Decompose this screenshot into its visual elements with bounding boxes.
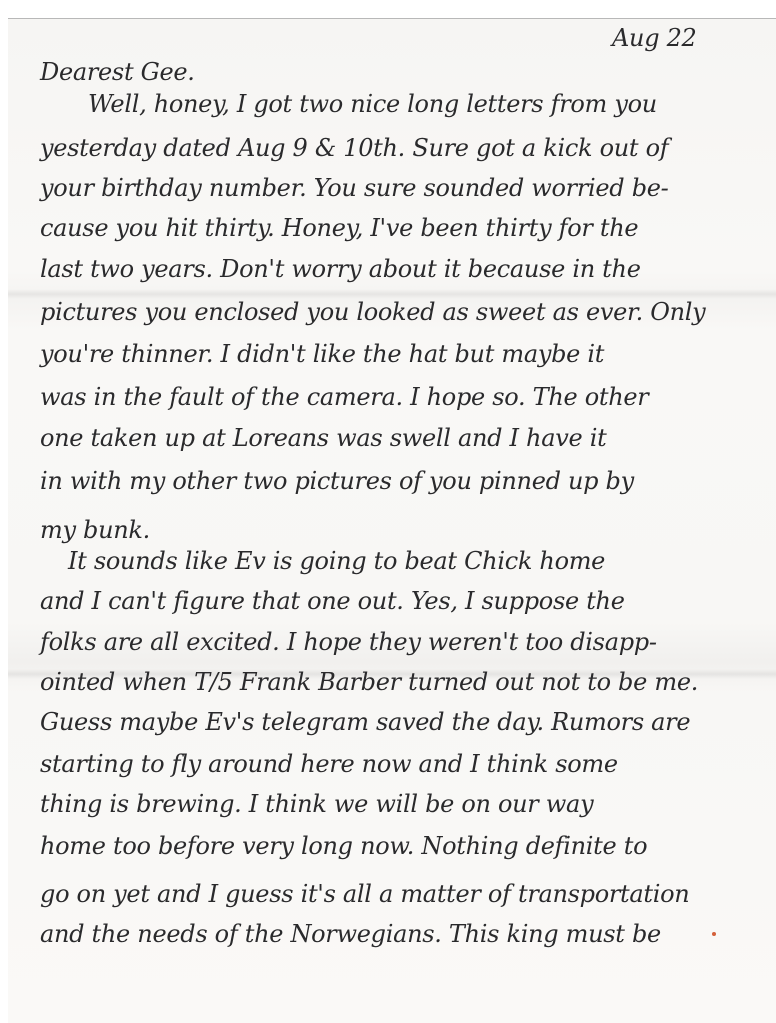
letter-line: pictures you enclosed you looked as swee… bbox=[40, 298, 705, 326]
letter-line: folks are all excited. I hope they weren… bbox=[40, 628, 657, 656]
letter-line: yesterday dated Aug 9 & 10th. Sure got a… bbox=[40, 134, 668, 162]
letter-line: starting to fly around here now and I th… bbox=[40, 750, 618, 778]
letter-line: cause you hit thirty. Honey, I've been t… bbox=[40, 214, 638, 242]
letter-line: and I can't figure that one out. Yes, I … bbox=[40, 587, 625, 615]
letter-line: Well, honey, I got two nice long letters… bbox=[88, 90, 657, 118]
letter-line: one taken up at Loreans was swell and I … bbox=[40, 424, 606, 452]
letter-line: thing is brewing. I think we will be on … bbox=[40, 790, 593, 818]
letter-line: Guess maybe Ev's telegram saved the day.… bbox=[40, 708, 690, 736]
letter-date: Aug 22 bbox=[612, 24, 697, 52]
letter-salutation: Dearest Gee. bbox=[40, 58, 195, 86]
letter-line: and the needs of the Norwegians. This ki… bbox=[40, 920, 661, 948]
letter-line: you're thinner. I didn't like the hat bu… bbox=[40, 340, 604, 368]
letter-line: my bunk. bbox=[40, 516, 150, 544]
letter-line: go on yet and I guess it's all a matter … bbox=[40, 880, 689, 908]
letter-line: your birthday number. You sure sounded w… bbox=[40, 174, 668, 202]
letter-line: last two years. Don't worry about it bec… bbox=[40, 255, 641, 283]
letter-line: was in the fault of the camera. I hope s… bbox=[40, 383, 648, 411]
letter-line: home too before very long now. Nothing d… bbox=[40, 832, 647, 860]
letter-line: in with my other two pictures of you pin… bbox=[40, 467, 634, 495]
letter-line: ointed when T/5 Frank Barber turned out … bbox=[40, 668, 698, 696]
ink-spot-mark bbox=[712, 932, 716, 936]
letter-line: It sounds like Ev is going to beat Chick… bbox=[68, 547, 605, 575]
